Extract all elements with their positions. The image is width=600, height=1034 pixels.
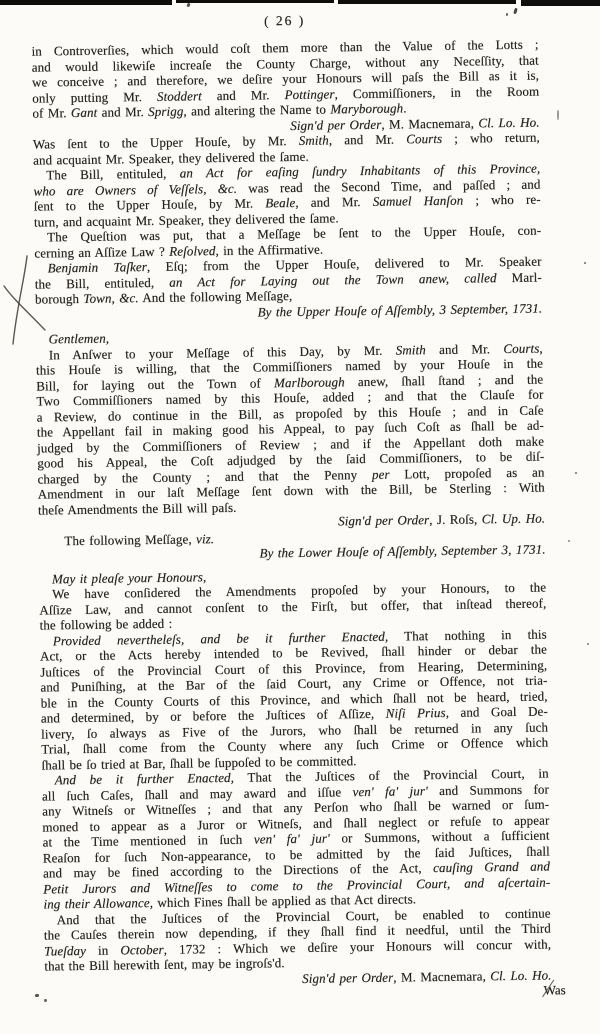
text-segment: only putting Mr. (32, 88, 157, 105)
text-segment: By the Lower Houſe of Aſſembly, Septembe… (259, 541, 545, 560)
text-segment: Benjamin Taſker (47, 259, 147, 275)
scan-edge-artifact (176, 0, 334, 3)
text-segment: Sign'd per Order (302, 969, 393, 985)
text-segment: , in the Affirmative. (215, 241, 323, 258)
scan-speck (186, 3, 190, 8)
text-segment: . (403, 100, 407, 115)
text-segment: And the following Meſſage, (139, 288, 293, 305)
text-segment: , Commiſſioners, in the Room (334, 83, 539, 101)
text-segment: The Bill, entituled, (46, 166, 180, 183)
scan-speck (557, 110, 559, 120)
text-segment: Sign'd per Order (338, 512, 429, 528)
text-segment: Smith (299, 132, 329, 147)
text-segment: theſe Amendments the Bill will paſs. (38, 499, 237, 517)
text-segment: in (86, 942, 121, 957)
text-segment: Courts (406, 131, 442, 147)
text-segment: Sprigg (148, 103, 183, 118)
scan-speck (587, 643, 589, 645)
text-segment: of Mr. (32, 105, 71, 121)
text-segment: Pottinger (284, 86, 334, 102)
document-page: ( 26 ) in Controverſies, which would coſ… (31, 10, 552, 1005)
text-segment: and Mr. (202, 87, 285, 103)
scan-edge-artifact (338, 0, 516, 4)
text-segment: Marlborough (274, 374, 345, 390)
text-segment: Reſolved (169, 243, 215, 259)
text-segment: viz. (196, 531, 214, 546)
text-segment: the following be added : (39, 616, 172, 633)
text-segment: , M. Macnemara, (381, 115, 478, 131)
text-segment: , and altering the Name to (183, 101, 330, 118)
text-segment: Stoddert (157, 88, 202, 104)
scan-speck (584, 262, 586, 264)
text-segment: the Bill, entituled, (35, 274, 170, 291)
text-segment: per (372, 466, 390, 481)
page-number: ( 26 ) (31, 10, 538, 32)
scan-edge-artifact (0, 0, 172, 5)
text-segment: ven' fa' jur' (352, 783, 428, 799)
text-segment: borough (35, 291, 84, 307)
scan-speck (568, 540, 570, 542)
text-segment: , M. Macnemara, (393, 968, 490, 984)
text-segment: , J. Roſs, (429, 511, 482, 527)
text-segment: ; who return, (442, 129, 540, 145)
text-segment: That nothing in this (388, 626, 547, 643)
text-segment: , and Goal De- (446, 703, 548, 719)
text-segment: Cl. Up. Ho. (482, 510, 546, 526)
text-segment: that the Bill herewith ſent, may be ingr… (44, 955, 284, 973)
catchword-pen-stroke (539, 979, 567, 999)
text-segment: Town, &c. (83, 290, 138, 306)
text-segment: Marl- (496, 269, 541, 285)
text-segment: ; who re- (463, 191, 541, 207)
catchword: Was (544, 982, 566, 998)
text-segment: October (120, 941, 164, 957)
text-segment: Niſi Prius (386, 705, 446, 721)
text-segment: Gant (71, 105, 98, 120)
scan-edge-artifact (521, 0, 600, 6)
text-segment: cauſing Grand and (433, 858, 550, 875)
text-segment: and Mr. (97, 104, 148, 120)
text-segment: ing their Allowance, (43, 895, 153, 912)
scan-speck (35, 994, 40, 998)
text-segment: Courts (503, 340, 539, 356)
scan-speck (575, 472, 577, 474)
text-segment: Cl. Lo. Ho. (478, 114, 539, 130)
text-segment: and Mr. (426, 341, 504, 357)
text-segment: Tueſday (44, 942, 86, 958)
text-segment: ven' fa' jur' (254, 830, 330, 846)
text-segment: Lott, propoſed as an (389, 464, 544, 481)
text-segment: Samuel Hanſon (373, 193, 464, 209)
text-segment: Beale (265, 195, 295, 210)
text-segment: , and Mr. (329, 131, 407, 147)
text-segment: Maryborough (330, 100, 403, 116)
text-segment: Gentlemen, (48, 331, 109, 347)
text-segment: The following Meſſage, (64, 531, 196, 548)
text-block: in Controverſies, which would coſt them … (31, 36, 551, 989)
text-segment: By the Upper Houſe of Aſſembly, 3 Septem… (257, 300, 542, 319)
text-segment: , (539, 340, 543, 355)
text-segment: and Summons for (428, 781, 549, 798)
text-segment: May it pleaſe your Honours, (52, 569, 207, 586)
text-segment: cerning an Aſſize Law ? (34, 243, 169, 260)
text-segment: Smith (396, 342, 426, 357)
text-segment: Sign'd per Order (290, 116, 381, 132)
text-segment: , and Mr. (295, 194, 373, 210)
